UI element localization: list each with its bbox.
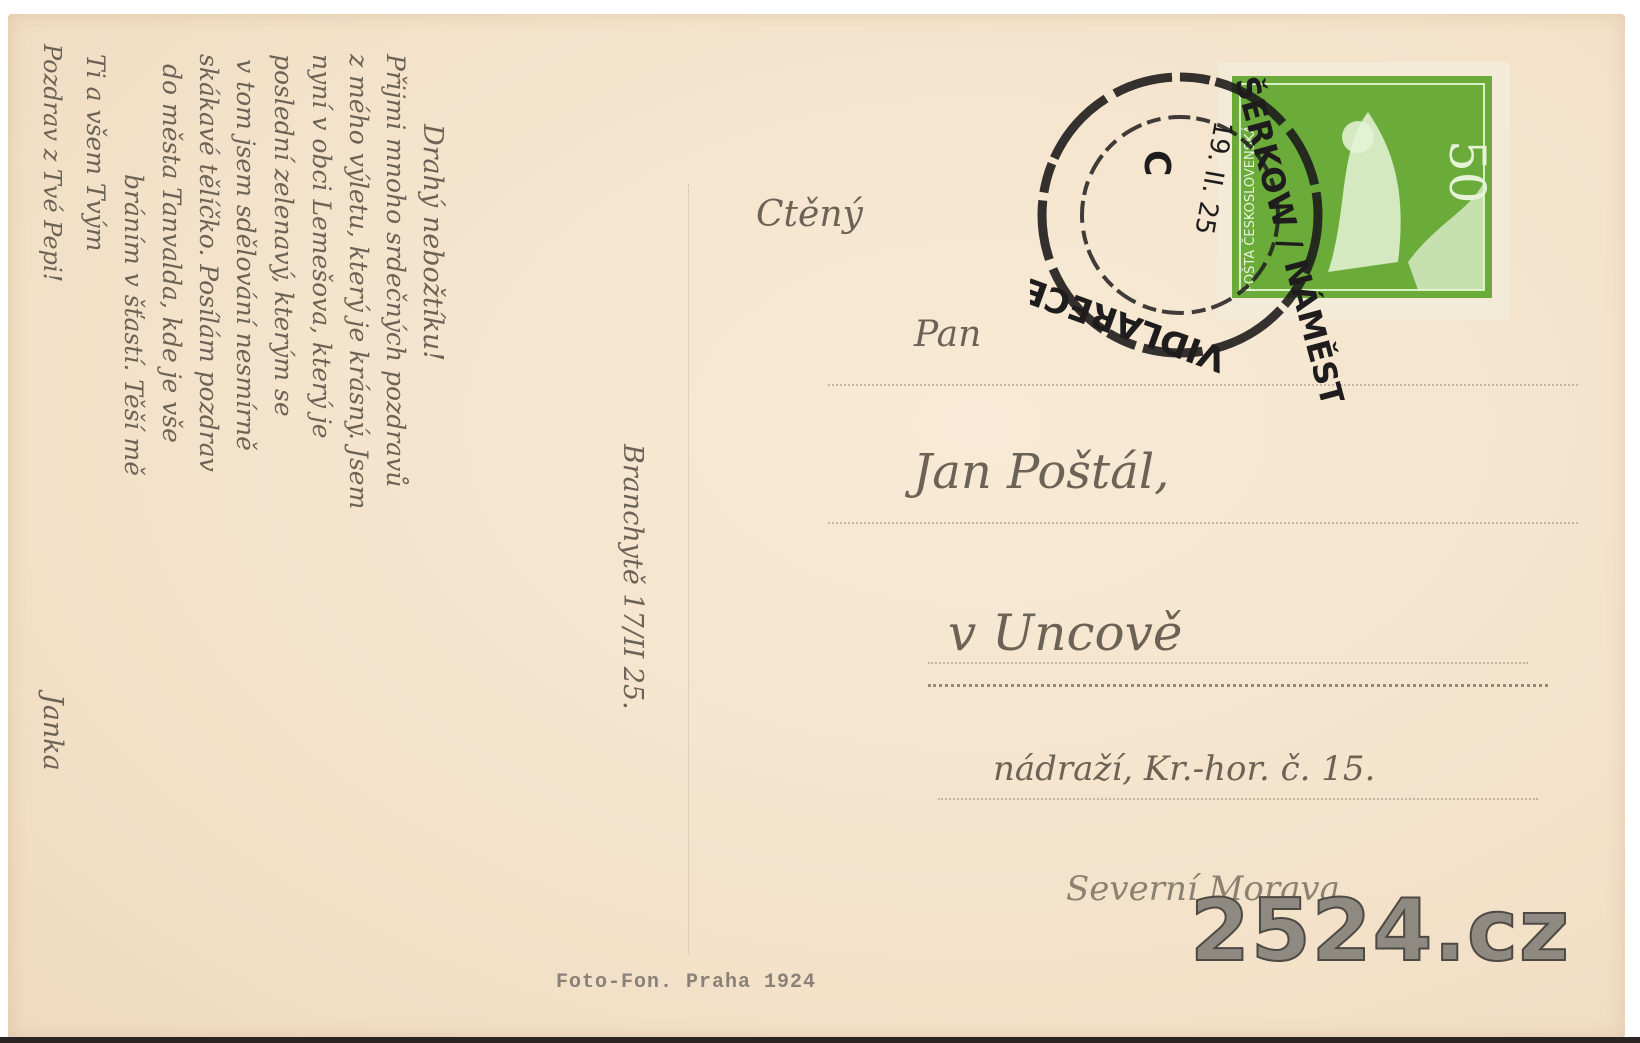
card-divider xyxy=(688,184,689,954)
message-line: z mého výletu, který je krásný. Jsem xyxy=(344,54,373,509)
address-line xyxy=(928,662,1528,664)
address-line xyxy=(828,522,1578,524)
message-line: Přijmi mnoho srdečných pozdravů xyxy=(381,54,410,487)
svg-text:VIDLARECE: VIDLARECE xyxy=(1030,269,1231,379)
message-side-note: Pozdrav z Tvé Pepi! xyxy=(38,44,66,282)
address-name: Jan Poštál, xyxy=(913,444,1169,500)
address-line xyxy=(928,684,1548,687)
address-salutation: Ctěný xyxy=(756,194,863,235)
message-place-date: Branchytě 17/II 25. xyxy=(617,444,648,710)
svg-text:19. II. 25: 19. II. 25 xyxy=(1188,119,1237,237)
address-title: Pan xyxy=(914,314,981,355)
svg-text:C: C xyxy=(1136,150,1177,176)
address-town: v Uncově xyxy=(948,604,1182,662)
message-line: nyní v obci Lemešova, který je xyxy=(307,54,336,439)
message-line: skákavé tělíčko. Posílám pozdrav xyxy=(194,54,223,472)
scan-edge xyxy=(0,1037,1640,1043)
address-line xyxy=(938,798,1538,800)
message-line: Ti a všem Tvým xyxy=(81,54,110,252)
message-line: do města Tanvalda, kde je vše xyxy=(157,64,186,443)
message-line: poslední zelenavý, kterým se xyxy=(269,54,298,417)
site-watermark: 2524.cz xyxy=(1190,888,1570,974)
message-signature: Janka xyxy=(37,694,68,771)
message-line: v tom jsem sdělování nesmírně xyxy=(231,59,260,451)
svg-text:50: 50 xyxy=(1438,140,1496,204)
message-line: bráním v šťastí. Těší mě xyxy=(119,174,148,476)
message-greeting: Drahý nebožtíku! xyxy=(417,124,448,361)
publisher-imprint: Foto-Fon. Praha 1924 xyxy=(556,971,816,994)
address-street: nádraží, Kr.-hor. č. 15. xyxy=(993,749,1375,789)
svg-text:ŠERKOW / NÁMĚSTÍ: ŠERKOW / NÁMĚSTÍ xyxy=(1227,72,1356,400)
postmark-icon: C VIDLARECE ŠERKOW / NÁMĚSTÍ 19. II. 25 xyxy=(1030,40,1410,400)
postmark: C VIDLARECE ŠERKOW / NÁMĚSTÍ 19. II. 25 xyxy=(1030,40,1410,405)
